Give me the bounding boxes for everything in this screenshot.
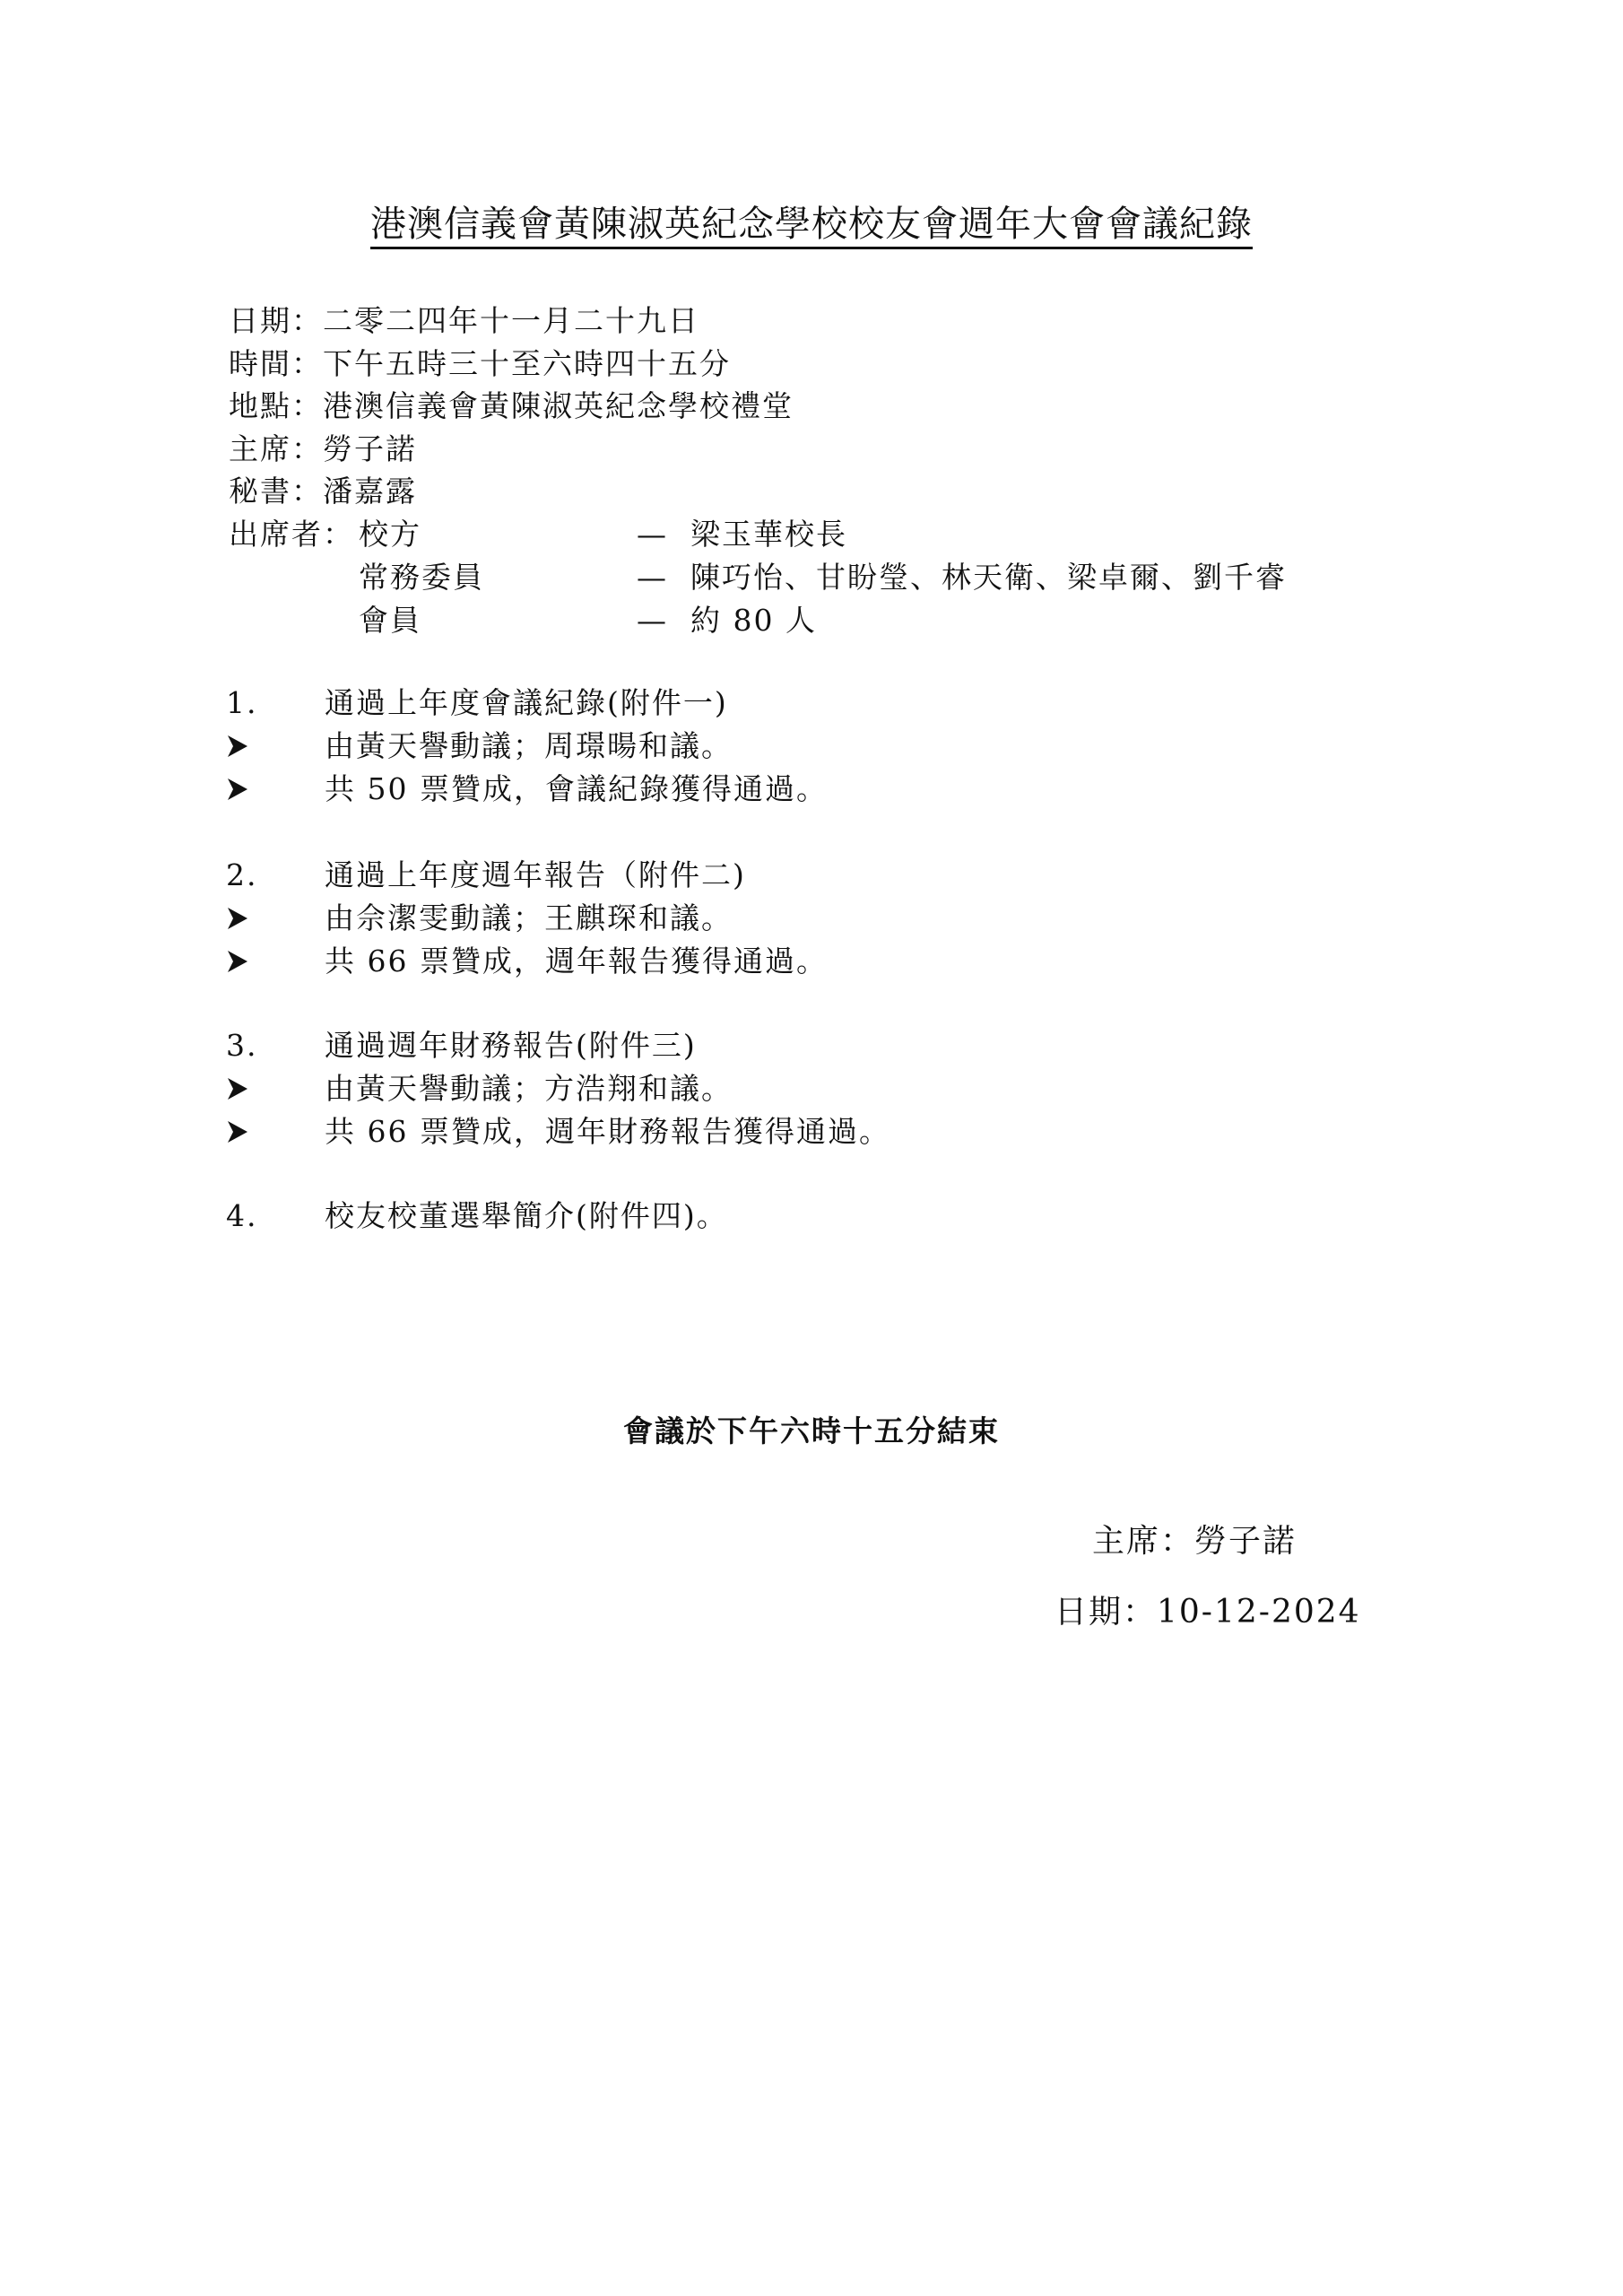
bullet-text: 共 50 票贊成，會議紀錄獲得通過。 — [325, 768, 828, 811]
meta-value: 潘嘉露 — [323, 474, 417, 509]
meta-label: 時間 — [229, 346, 291, 381]
arrow-bullet-icon — [226, 777, 249, 802]
meta-chair: 主席：勞子諾 — [229, 428, 794, 471]
agenda-heading: 3. 通過週年財務報告(附件三) — [0, 1024, 1623, 1067]
arrow-bullet-icon — [226, 906, 249, 931]
meta-value: 港澳信義會黃陳淑英紀念學校禮堂 — [323, 388, 794, 423]
colon: ： — [291, 474, 323, 509]
item-number: 1. — [226, 682, 258, 725]
bullet-text: 共 66 票贊成，週年報告獲得通過。 — [325, 940, 828, 983]
attendance-row-school: 出席者： 校方 — 梁玉華校長 — [0, 513, 1623, 556]
document-title-text: 港澳信義會黃陳淑英紀念學校校友會週年大會會議紀錄 — [370, 204, 1253, 249]
agenda-item-2: 2. 通過上年度週年報告（附件二) 由佘潔雯動議；王麒琛和議。 共 66 票贊成… — [0, 854, 1623, 983]
item-text: 通過上年度會議紀錄(附件一) — [325, 682, 728, 725]
agenda-bullet: 由黃天譽動議；周璟暘和議。 — [0, 725, 1623, 768]
attendance-label: 出席者： — [229, 513, 354, 556]
bullet-text: 由佘潔雯動議；王麒琛和議。 — [325, 897, 733, 940]
document-page: 港澳信義會黃陳淑英紀念學校校友會週年大會會議紀錄 日期：二零二四年十一月二十九日… — [0, 0, 1623, 2296]
agenda-item-4: 4. 校友校董選舉簡介(附件四)。 — [0, 1195, 1623, 1238]
agenda-heading: 2. 通過上年度週年報告（附件二) — [0, 854, 1623, 897]
meeting-details: 日期：二零二四年十一月二十九日 時間：下午五時三十至六時四十五分 地點：港澳信義… — [229, 300, 794, 513]
item-text: 通過上年度週年報告（附件二) — [325, 854, 746, 897]
meta-label: 日期 — [229, 303, 291, 338]
arrow-bullet-icon — [226, 734, 249, 759]
attendance-group: 會員 — [359, 599, 421, 642]
meta-value: 二零二四年十一月二十九日 — [323, 303, 699, 338]
bullet-text: 共 66 票贊成，週年財務報告獲得通過。 — [325, 1110, 890, 1153]
item-number: 4. — [226, 1195, 258, 1238]
agenda-bullet: 由佘潔雯動議；王麒琛和議。 — [0, 897, 1623, 940]
item-text: 校友校董選舉簡介(附件四)。 — [325, 1195, 728, 1238]
attendance-row-members: 會員 — 約 80 人 — [0, 599, 1623, 642]
bullet-text: 由黃天譽動議；方浩翔和議。 — [325, 1067, 733, 1110]
attendance-names: 梁玉華校長 — [690, 513, 847, 556]
attendance-row-committee: 常務委員 — 陳巧怡、甘盼瑩、林天衛、梁卓爾、劉千睿 — [0, 556, 1623, 599]
agenda-bullet: 由黃天譽動議；方浩翔和議。 — [0, 1067, 1623, 1110]
item-text: 通過週年財務報告(附件三) — [325, 1024, 697, 1067]
colon: ： — [291, 388, 323, 423]
meta-time: 時間：下午五時三十至六時四十五分 — [229, 343, 794, 386]
document-title: 港澳信義會黃陳淑英紀念學校校友會週年大會會議紀錄 — [0, 199, 1623, 249]
agenda-heading: 1. 通過上年度會議紀錄(附件一) — [0, 682, 1623, 725]
signature-chair: 主席：勞子諾 — [1092, 1518, 1297, 1565]
meta-venue: 地點：港澳信義會黃陳淑英紀念學校禮堂 — [229, 385, 794, 428]
agenda-bullet: 共 66 票贊成，週年財務報告獲得通過。 — [0, 1110, 1623, 1153]
arrow-bullet-icon — [226, 1076, 249, 1101]
bullet-text: 由黃天譽動議；周璟暘和議。 — [325, 725, 733, 768]
colon: ： — [291, 346, 323, 381]
signature-date: 日期：10-12-2024 — [1055, 1589, 1361, 1636]
meta-secretary: 秘書：潘嘉露 — [229, 470, 794, 513]
agenda-item-3: 3. 通過週年財務報告(附件三) 由黃天譽動議；方浩翔和議。 共 66 票贊成，… — [0, 1024, 1623, 1153]
meeting-closing: 會議於下午六時十五分結束 — [0, 1410, 1623, 1453]
dash: — — [637, 513, 668, 556]
item-number: 2. — [226, 854, 258, 897]
arrow-bullet-icon — [226, 949, 249, 974]
dash: — — [637, 556, 668, 599]
attendance-group: 常務委員 — [359, 556, 484, 599]
attendance-names: 約 80 人 — [690, 599, 817, 642]
meta-value: 勞子諾 — [323, 431, 417, 466]
attendance-names: 陳巧怡、甘盼瑩、林天衛、梁卓爾、劉千睿 — [690, 556, 1287, 599]
meta-value: 下午五時三十至六時四十五分 — [323, 346, 731, 381]
meta-label: 秘書 — [229, 474, 291, 509]
colon: ： — [291, 303, 323, 338]
arrow-bullet-icon — [226, 1119, 249, 1144]
agenda-heading: 4. 校友校董選舉簡介(附件四)。 — [0, 1195, 1623, 1238]
agenda-bullet: 共 50 票贊成，會議紀錄獲得通過。 — [0, 768, 1623, 811]
agenda-bullet: 共 66 票贊成，週年報告獲得通過。 — [0, 940, 1623, 983]
attendance-group: 校方 — [359, 513, 421, 556]
item-number: 3. — [226, 1024, 258, 1067]
attendance-section: 出席者： 校方 — 梁玉華校長 常務委員 — 陳巧怡、甘盼瑩、林天衛、梁卓爾、劉… — [0, 513, 1623, 642]
meta-date: 日期：二零二四年十一月二十九日 — [229, 300, 794, 343]
meta-label: 地點 — [229, 388, 291, 423]
colon: ： — [291, 431, 323, 466]
agenda-item-1: 1. 通過上年度會議紀錄(附件一) 由黃天譽動議；周璟暘和議。 共 50 票贊成… — [0, 682, 1623, 811]
meta-label: 主席 — [229, 431, 291, 466]
dash: — — [637, 599, 668, 642]
